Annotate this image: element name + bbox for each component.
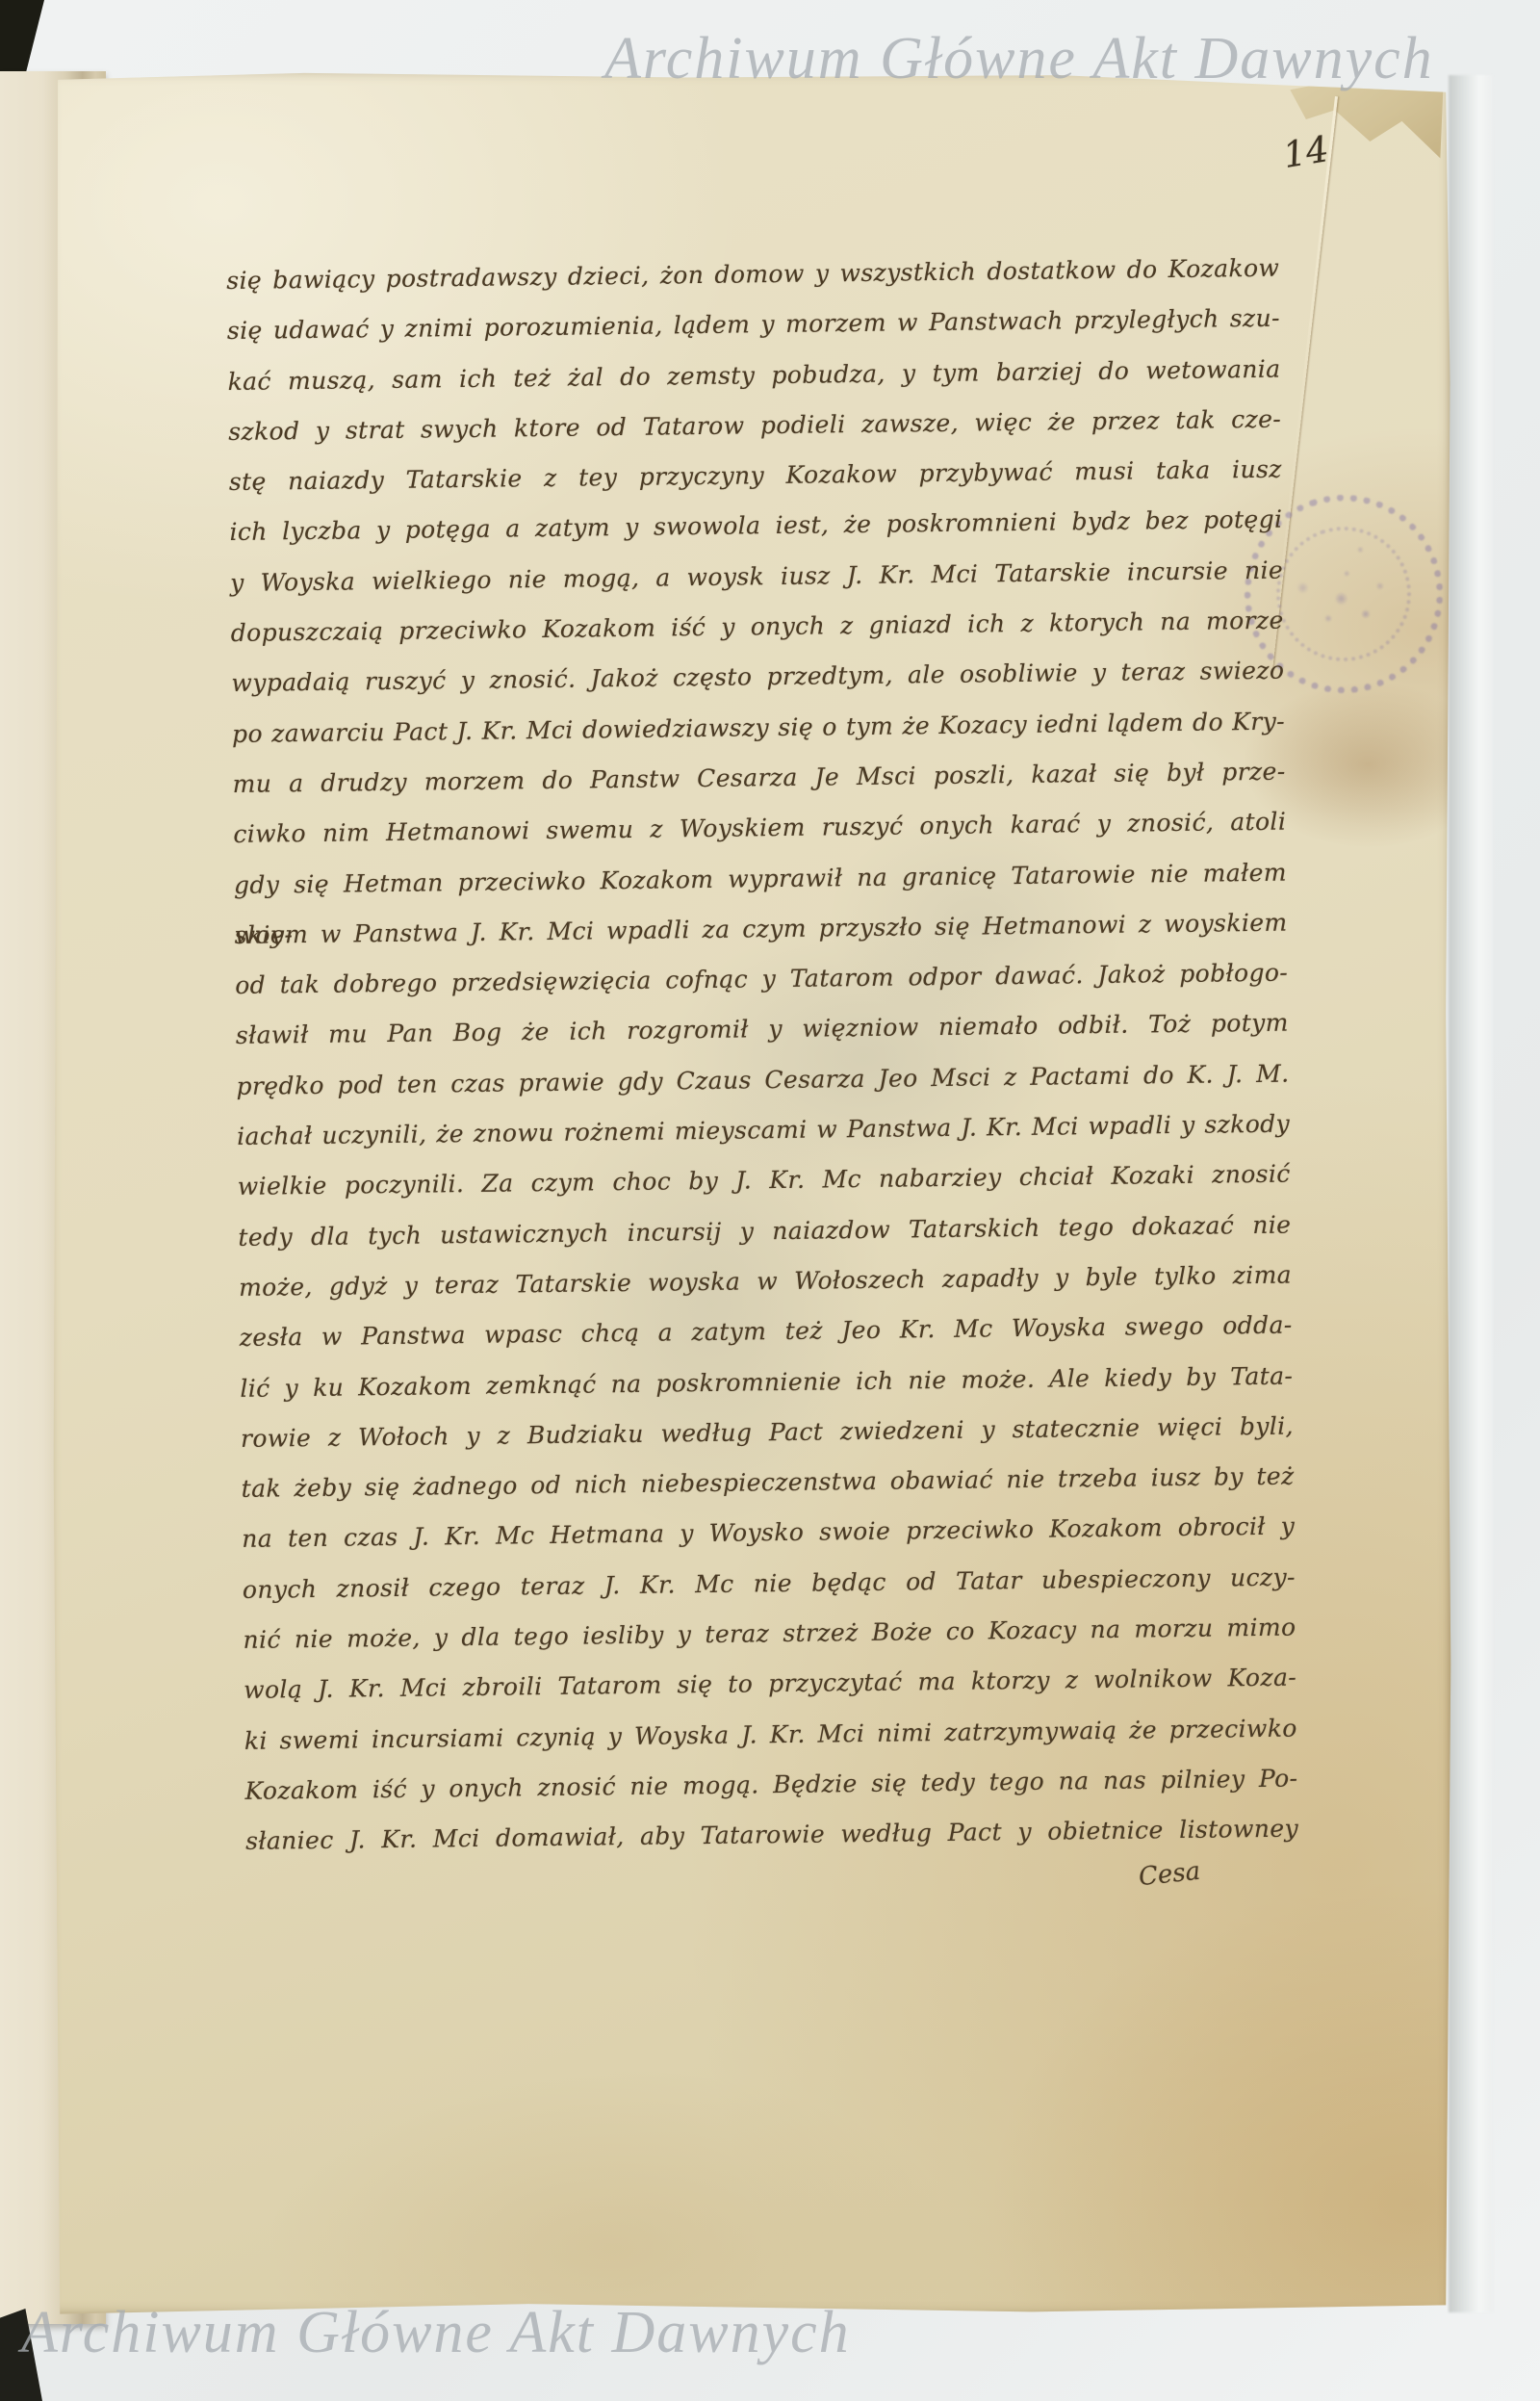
manuscript-page: 14 się bawiący postradawszy dzieci, żon … — [53, 67, 1451, 2316]
archive-watermark-top: Archiwum Główne Akt Dawnych — [604, 25, 1434, 93]
page-stack-fore-edge — [1449, 75, 1493, 2312]
folio-number: 14 — [1280, 123, 1363, 176]
archive-watermark-bottom: Archiwum Główne Akt Dawnych — [21, 2299, 851, 2367]
manuscript-scan-background: 14 się bawiący postradawszy dzieci, żon … — [0, 0, 1540, 2401]
catchword: Cesa — [1138, 1857, 1202, 1893]
manuscript-text: się bawiący postradawszy dzieci, żon dom… — [226, 244, 1298, 1868]
